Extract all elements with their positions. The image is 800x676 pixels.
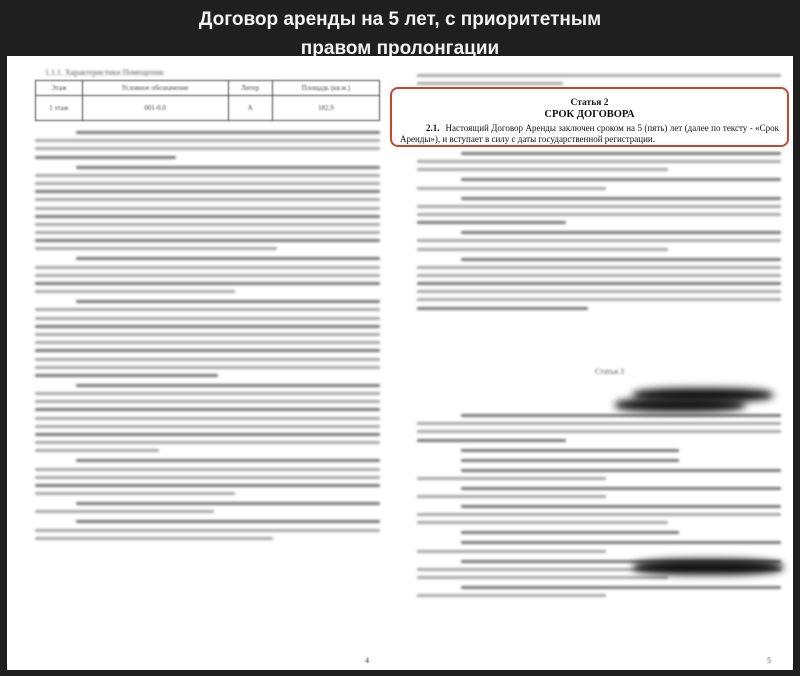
blurred-paragraph: [35, 300, 380, 377]
blurred-paragraph: [35, 520, 380, 539]
section-caption: 1.1.1. Характеристики Помещения:: [45, 68, 165, 77]
left-page: 1.1.1. Характеристики Помещения: Этаж Ус…: [15, 56, 385, 670]
page-number: 5: [767, 656, 771, 665]
blurred-paragraph: [417, 459, 781, 462]
table-cell: 001-0.0: [82, 96, 228, 121]
right-page: Статья 3 5: [405, 56, 781, 670]
article-heading: СРОК ДОГОВОРА: [392, 109, 787, 121]
blurred-paragraph: [35, 257, 380, 293]
table-row: 1 этаж 001-0.0 А 182,9: [36, 96, 380, 121]
table-header: Этаж: [36, 81, 83, 96]
blurred-paragraph: [417, 178, 781, 189]
highlighted-clause: Статья 2 СРОК ДОГОВОРА 2.1.Настоящий Дог…: [390, 87, 789, 147]
premises-table: Этаж Условное обозначение Литер Площадь …: [35, 80, 380, 121]
table-cell: 182,9: [272, 96, 379, 121]
blurred-paragraph: [417, 258, 781, 310]
redaction-mark: [615, 398, 745, 412]
document-spread: 1.1.1. Характеристики Помещения: Этаж Ус…: [7, 56, 793, 670]
left-page-body: [35, 131, 380, 547]
table-header: Условное обозначение: [82, 81, 228, 96]
table-header: Литер: [228, 81, 272, 96]
blurred-paragraph: [35, 502, 380, 513]
page-title: Договор аренды на 5 лет, с приоритетным …: [0, 0, 800, 63]
clause-number: 2.1.: [426, 123, 440, 133]
title-line-1: Договор аренды на 5 лет, с приоритетным: [0, 5, 800, 34]
blurred-paragraph: [35, 459, 380, 495]
blurred-paragraph: [417, 505, 781, 524]
blurred-paragraph: [417, 531, 781, 534]
redaction-mark: [633, 559, 783, 575]
clause-2-1: 2.1.Настоящий Договор Аренды заключен ср…: [392, 121, 787, 145]
blurred-paragraph: [417, 231, 781, 250]
blurred-paragraph: [417, 487, 781, 498]
blurred-paragraph: [417, 469, 781, 480]
blurred-paragraph: [35, 131, 380, 159]
right-page-body: [417, 152, 781, 317]
table-cell: А: [228, 96, 272, 121]
table-cell: 1 этаж: [36, 96, 83, 121]
blurred-paragraph: [417, 197, 781, 225]
blurred-paragraph: [35, 384, 380, 453]
table-header: Площадь (кв.м.): [272, 81, 379, 96]
blurred-paragraph: [417, 414, 781, 442]
article-3-caption: Статья 3: [595, 367, 624, 376]
clause-text: Настоящий Договор Аренды заключен сроком…: [400, 123, 779, 144]
table-header-row: Этаж Условное обозначение Литер Площадь …: [36, 81, 380, 96]
article-number: Статья 2: [392, 98, 787, 109]
page-number: 4: [365, 656, 369, 665]
blurred-paragraph: [417, 586, 781, 597]
blurred-paragraph: [417, 152, 781, 171]
blurred-paragraph: [417, 541, 781, 552]
blurred-paragraph: [417, 449, 781, 452]
blurred-paragraph: [35, 166, 380, 251]
